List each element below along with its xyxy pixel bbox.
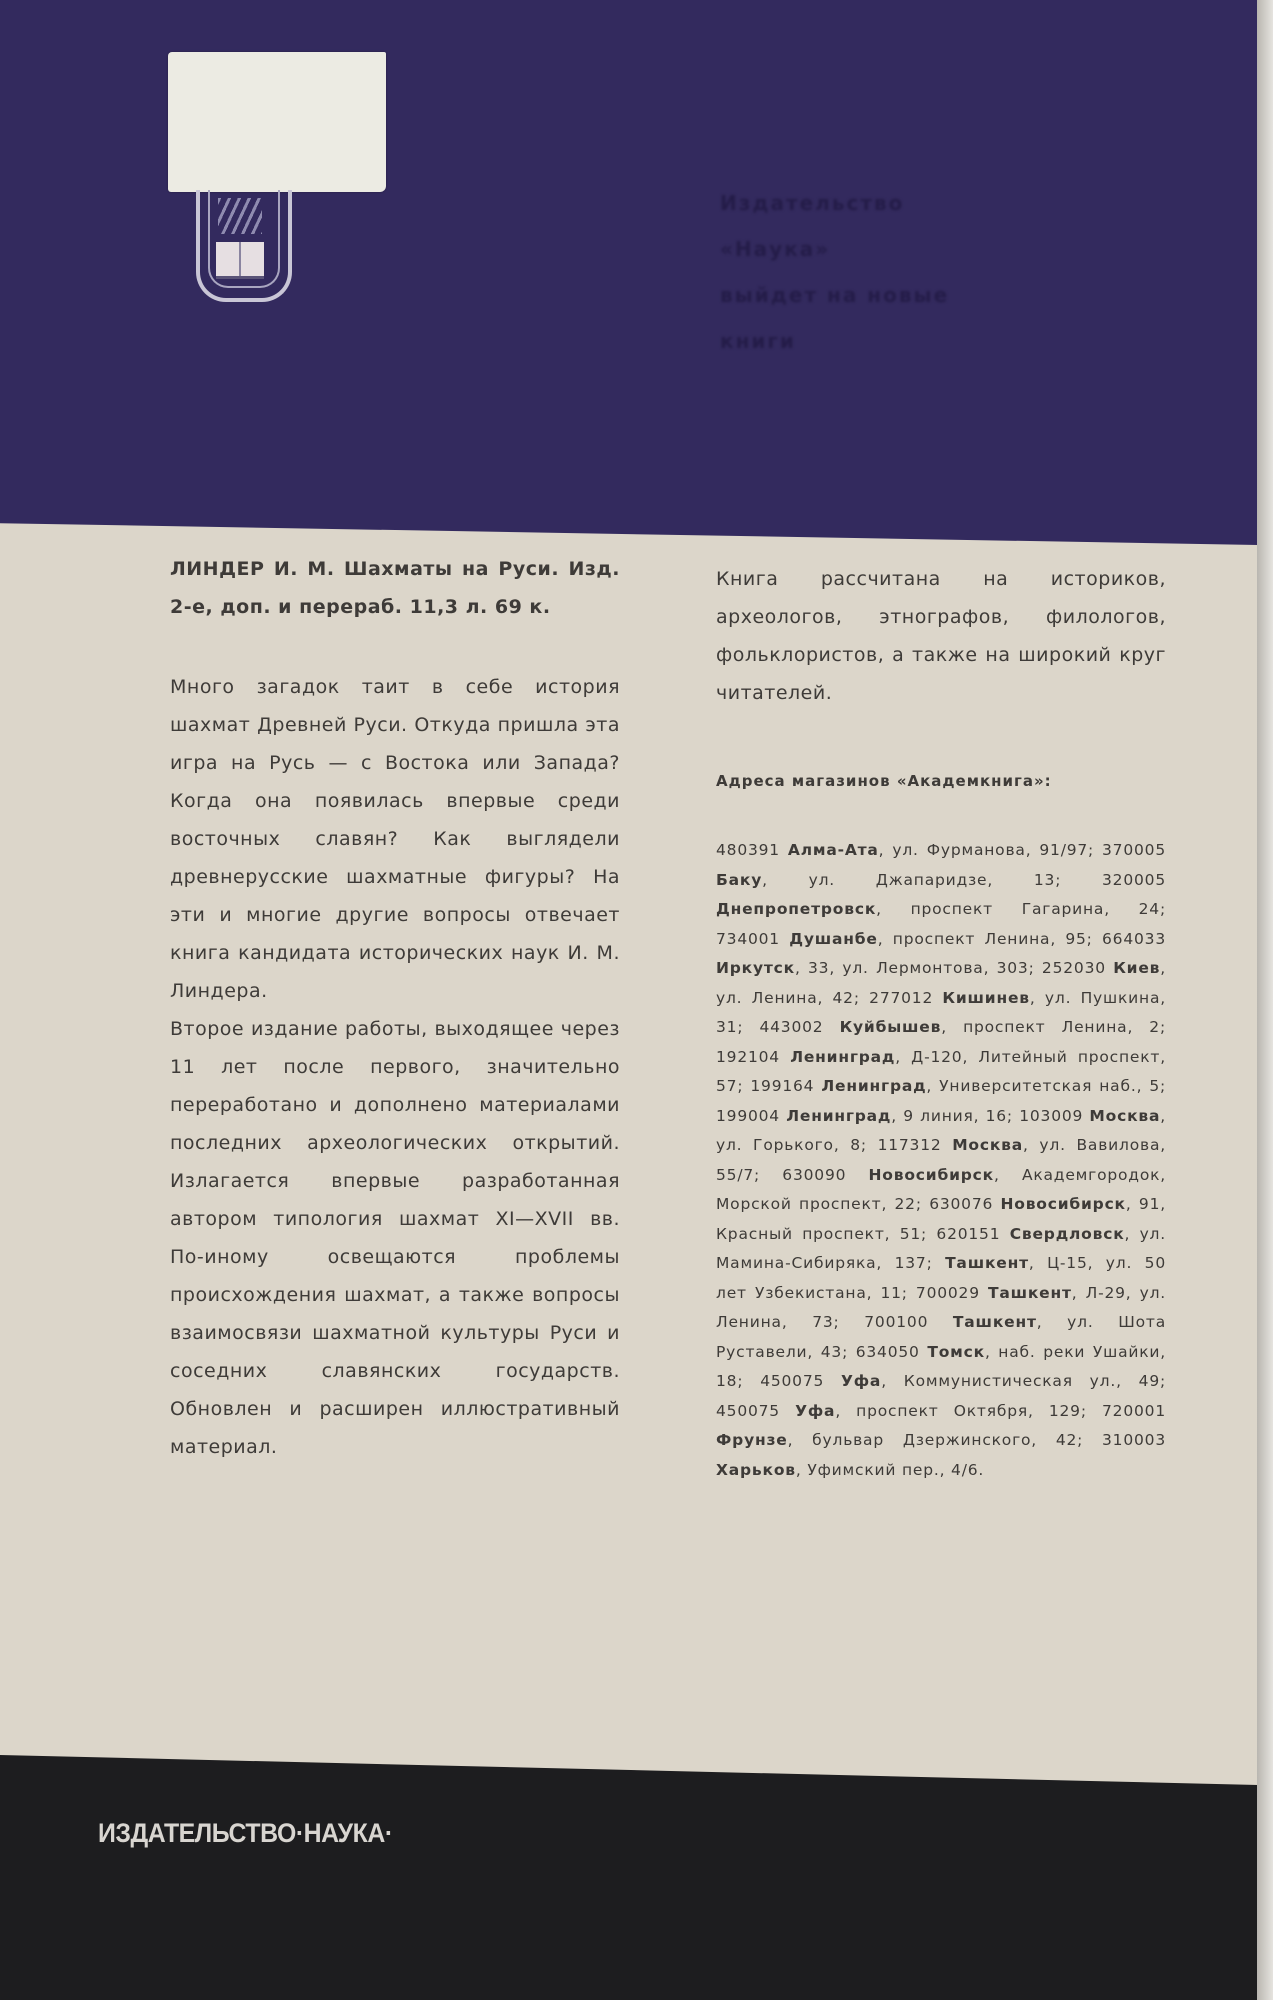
store-city: Свердловск bbox=[1010, 1225, 1125, 1243]
store-city: Баку bbox=[716, 871, 762, 889]
store-address: 480391 Алма-Ата, ул. Фурманова, 91/97; bbox=[716, 841, 1102, 859]
store-city: Душанбе bbox=[789, 930, 877, 948]
description-paragraph: Много загадок таит в себе история шахмат… bbox=[170, 668, 620, 1010]
store-address: 199004 Ленинград, 9 линия, 16; bbox=[716, 1107, 1019, 1125]
store-city: Новосибирск bbox=[869, 1166, 994, 1184]
store-city: Ленинград bbox=[790, 1048, 895, 1066]
store-city: Ташкент bbox=[988, 1284, 1072, 1302]
right-column: Книга рассчитана на историков, археолого… bbox=[716, 560, 1166, 1485]
store-city: Кишинев bbox=[942, 989, 1029, 1007]
store-city: Ленинград bbox=[786, 1107, 891, 1125]
page-edge bbox=[1257, 0, 1273, 2000]
store-city: Москва bbox=[952, 1136, 1023, 1154]
slogan-line: выйдет на новые bbox=[720, 272, 1140, 318]
store-city: Иркутск bbox=[716, 959, 795, 977]
store-city: Куйбышев bbox=[840, 1018, 942, 1036]
store-city: Алма-Ата bbox=[788, 841, 879, 859]
publisher-name: ИЗДАТЕЛЬСТВО·НАУКА· bbox=[98, 1818, 393, 1849]
price-sticker bbox=[168, 52, 386, 192]
addresses-heading: Адреса магазинов «Академкнига»: bbox=[716, 762, 1166, 800]
store-address: 443002 Куйбышев, проспект Ленина, 2; bbox=[759, 1018, 1166, 1036]
book-with-rays-icon bbox=[196, 190, 292, 302]
store-address: 734001 Душанбе, проспект Ленина, 95; bbox=[716, 930, 1102, 948]
book-description: Много загадок таит в себе история шахмат… bbox=[170, 668, 620, 1466]
store-city: Днепропетровск bbox=[716, 900, 876, 918]
description-paragraph: Второе издание работы, выходящее через 1… bbox=[170, 1010, 620, 1466]
store-city: Томск bbox=[927, 1343, 985, 1361]
target-audience: Книга рассчитана на историков, археолого… bbox=[716, 560, 1166, 712]
slogan-line: Издательство bbox=[720, 180, 1140, 226]
slogan: Издательство «Наука» выйдет на новые кни… bbox=[720, 180, 1140, 364]
bibliographic-entry: ЛИНДЕР И. М. Шахматы на Руси. Изд. 2-е, … bbox=[170, 550, 620, 626]
bottom-color-band bbox=[0, 1755, 1258, 2000]
store-city: Уфа bbox=[841, 1372, 881, 1390]
store-address: 450075 Уфа, Коммунистическая ул., 49; bbox=[760, 1372, 1166, 1390]
store-addresses: 480391 Алма-Ата, ул. Фурманова, 91/97; 3… bbox=[716, 836, 1166, 1485]
store-city: Фрунзе bbox=[716, 1431, 788, 1449]
open-book-icon bbox=[216, 242, 264, 279]
store-city: Ленинград bbox=[821, 1077, 926, 1095]
store-address: 199164 Ленинград, Университетская наб., … bbox=[750, 1077, 1166, 1095]
store-city: Харьков bbox=[716, 1461, 796, 1479]
slogan-line: книги bbox=[720, 318, 1140, 364]
store-city: Ташкент bbox=[945, 1254, 1029, 1272]
store-city: Новосибирск bbox=[1000, 1195, 1125, 1213]
store-city: Москва bbox=[1089, 1107, 1160, 1125]
store-city: Уфа bbox=[795, 1402, 835, 1420]
store-address: 450075 Уфа, проспект Октября, 129; bbox=[716, 1402, 1102, 1420]
slogan-line: «Наука» bbox=[720, 226, 1140, 272]
logo-rays bbox=[218, 198, 262, 234]
left-column: ЛИНДЕР И. М. Шахматы на Руси. Изд. 2-е, … bbox=[170, 550, 620, 1466]
book-back-cover: Издательство «Наука» выйдет на новые кни… bbox=[0, 0, 1258, 2000]
store-city: Киев bbox=[1113, 959, 1160, 977]
store-city: Ташкент bbox=[953, 1313, 1037, 1331]
